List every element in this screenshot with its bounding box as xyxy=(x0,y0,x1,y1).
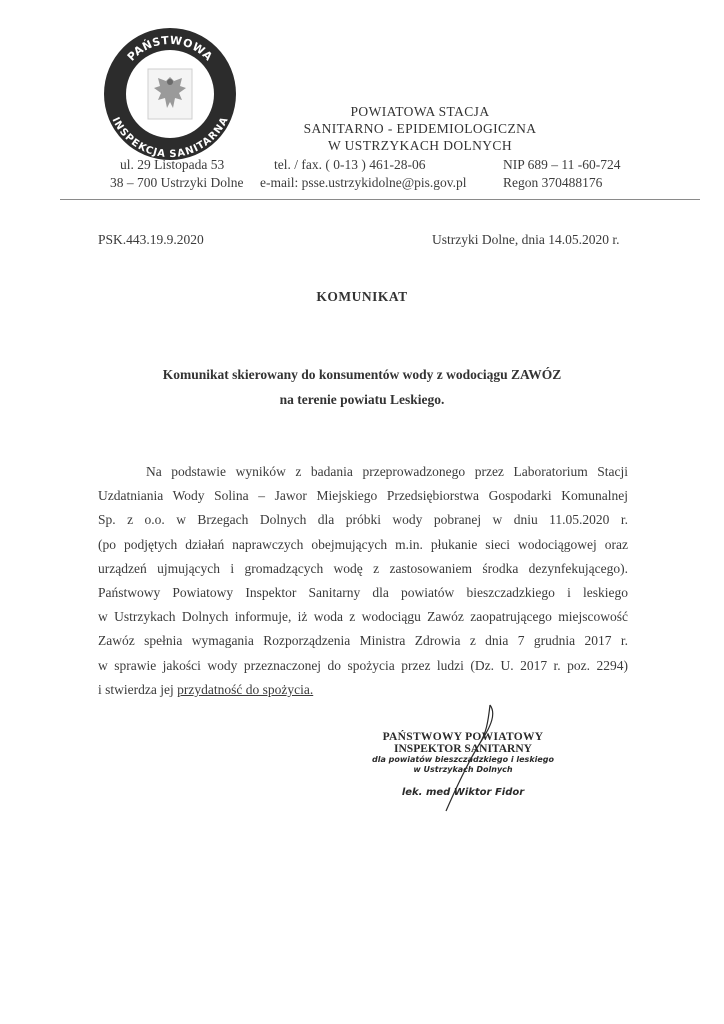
reference-number: PSK.443.19.9.2020 xyxy=(98,232,204,248)
body-line: Uzdatniania Wody Solina – Jawor Miejskie… xyxy=(98,484,628,508)
institution-line: POWIATOWA STACJA xyxy=(270,103,570,120)
institution-name: POWIATOWA STACJA SANITARNO - EPIDEMIOLOG… xyxy=(270,103,570,154)
subject-line: na terenie powiatu Leskiego. xyxy=(0,387,724,412)
document-title: KOMUNIKAT xyxy=(0,289,724,305)
body-final-prefix: i stwierdza jej xyxy=(98,682,177,697)
body-line: Sp. z o.o. w Brzegach Dolnych dla próbki… xyxy=(98,508,628,532)
address-line: ul. 29 Listopada 53 xyxy=(110,156,243,174)
document-body: Na podstawie wyników z badania przeprowa… xyxy=(98,460,628,702)
body-line: Państwowy Powiatowy Inspektor Sanitarny … xyxy=(98,581,628,605)
email: e-mail: psse.ustrzykidolne@pis.gov.pl xyxy=(260,174,467,192)
body-line: Na podstawie wyników z badania przeprowa… xyxy=(98,460,628,484)
fitness-for-consumption: przydatność do spożycia. xyxy=(177,682,313,697)
institution-line: W USTRZYKACH DOLNYCH xyxy=(270,137,570,154)
postal-address: ul. 29 Listopada 53 38 – 700 Ustrzyki Do… xyxy=(110,156,243,192)
body-line: w sprawie jakości wody przeznaczonej do … xyxy=(98,654,628,678)
body-line: w Ustrzykach Dolnych informuje, iż woda … xyxy=(98,605,628,629)
polish-eagle-icon xyxy=(148,69,192,119)
handwritten-signature xyxy=(440,703,500,813)
body-line: urządzeń ujmujących i gromadzących wodę … xyxy=(98,557,628,581)
tax-ids: NIP 689 – 11 -60-724 Regon 370488176 xyxy=(503,156,621,192)
contact-info: tel. / fax. ( 0-13 ) 461-28-06 e-mail: p… xyxy=(260,156,467,192)
subject-line: Komunikat skierowany do konsumentów wody… xyxy=(0,362,724,387)
institution-line: SANITARNO - EPIDEMIOLOGICZNA xyxy=(270,120,570,137)
place-date: Ustrzyki Dolne, dnia 14.05.2020 r. xyxy=(432,232,619,248)
address-line: 38 – 700 Ustrzyki Dolne xyxy=(110,174,243,192)
body-line-final: i stwierdza jej przydatność do spożycia. xyxy=(98,678,628,702)
header-divider xyxy=(60,199,700,200)
body-line: (po podjętych działań naprawczych obejmu… xyxy=(98,533,628,557)
document-subject: Komunikat skierowany do konsumentów wody… xyxy=(0,362,724,412)
nip: NIP 689 – 11 -60-724 xyxy=(503,156,621,174)
body-line: Zawóz spełnia wymagania Rozporządzenia M… xyxy=(98,629,628,653)
state-sanitary-inspection-logo: PAŃSTWOWA INSPEKCJA SANITARNA xyxy=(103,27,237,161)
phone-fax: tel. / fax. ( 0-13 ) 461-28-06 xyxy=(260,156,467,174)
regon: Regon 370488176 xyxy=(503,174,621,192)
